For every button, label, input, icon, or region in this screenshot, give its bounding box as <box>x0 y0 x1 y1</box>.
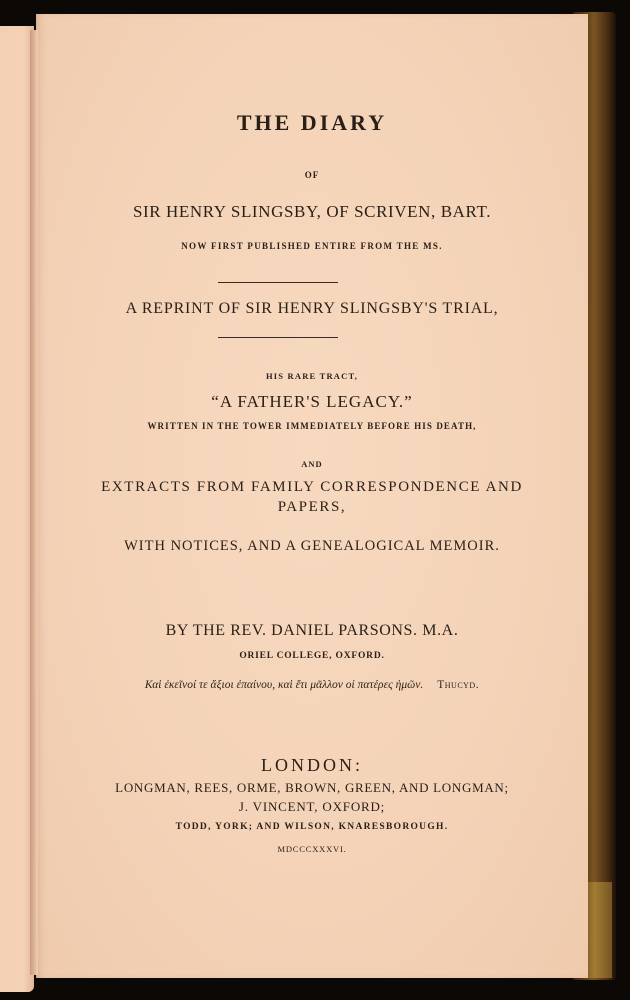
divider-rule-bottom <box>218 337 338 338</box>
tract-note: WRITTEN IN THE TOWER IMMEDIATELY BEFORE … <box>36 421 588 431</box>
reprint-line: A REPRINT OF SIR HENRY SLINGSBY'S TRIAL, <box>36 300 588 318</box>
notices-line: WITH NOTICES, AND A GENEALOGICAL MEMOIR. <box>36 538 588 555</box>
tract-intro: HIS RARE TRACT, <box>36 371 588 381</box>
book-subtitle: NOW FIRST PUBLISHED ENTIRE FROM THE MS. <box>36 241 588 251</box>
author-line: BY THE REV. DANIEL PARSONS. M.A. <box>36 622 588 640</box>
divider-rule-top <box>218 282 338 283</box>
title-page: THE DIARY OF SIR HENRY SLINGSBY, OF SCRI… <box>36 14 588 978</box>
extracts-line-2: PAPERS, <box>36 499 588 516</box>
connector-and: AND <box>36 459 588 469</box>
tract-title: “A FATHER'S LEGACY.” <box>36 392 588 412</box>
title-page-content: THE DIARY OF SIR HENRY SLINGSBY, OF SCRI… <box>36 14 588 978</box>
book-title: THE DIARY <box>36 110 588 136</box>
book-subject: SIR HENRY SLINGSBY, OF SCRIVEN, BART. <box>36 202 588 222</box>
title-connector-of: OF <box>36 170 588 180</box>
imprint-publisher-1: LONGMAN, REES, ORME, BROWN, GREEN, AND L… <box>36 780 588 796</box>
author-affiliation: ORIEL COLLEGE, OXFORD. <box>36 651 588 661</box>
imprint-publisher-2: J. VINCENT, OXFORD; <box>36 799 588 815</box>
epigraph: Καὶ ἐκεῖνοί τε ἄξιοι ἐπαίνου, καὶ ἔτι μᾶ… <box>36 679 588 691</box>
facing-left-page <box>0 26 34 992</box>
epigraph-text: Καὶ ἐκεῖνοί τε ἄξιοι ἐπαίνου, καὶ ἔτι μᾶ… <box>145 679 423 691</box>
imprint-city: LONDON: <box>36 755 588 776</box>
imprint-year: MDCCCXXXVI. <box>36 844 588 854</box>
imprint-publisher-3: TODD, YORK; AND WILSON, KNARESBOROUGH. <box>36 822 588 832</box>
page-gutter-shadow <box>30 30 38 975</box>
epigraph-source: Thucyd. <box>437 679 479 691</box>
extracts-line-1: EXTRACTS FROM FAMILY CORRESPONDENCE AND <box>36 479 588 496</box>
